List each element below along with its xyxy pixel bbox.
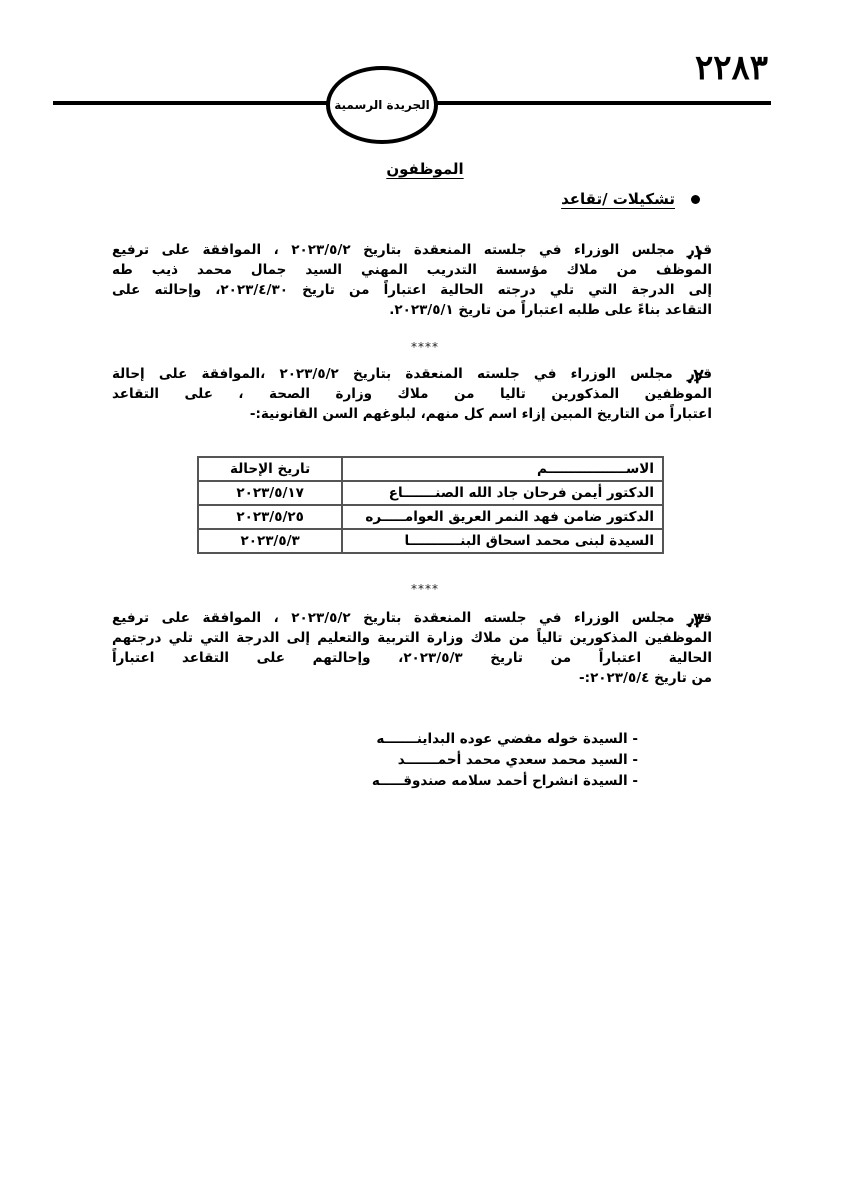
bullet-icon [691,195,700,204]
cell-name: الدكتور ضامن فهد النمر العريق العوامــــ… [342,505,663,529]
list-item: السيدة انشراح أحمد سلامه صندوقـــــه [372,771,638,792]
paragraph-line: التقاعد بناءً على طلبه اعتباراً من تاريخ… [112,300,712,320]
paragraph-line: الموظفين المذكورين تالياً من ملاك وزارة … [112,628,712,648]
decision-paragraph: قرر مجلس الوزراء في جلسته المنعقدة بتاري… [112,240,712,320]
cell-date: ٢٠٢٣/٥/٣ [198,529,342,553]
paragraph-line: الموظفين المذكورين تاليا من ملاك وزارة ا… [112,384,712,404]
decision-paragraph: قرر مجلس الوزراء في جلسته المنعقدة بتاري… [112,608,712,688]
retirement-table: الاســـــــــــــــــم تاريخ الإحالة الد… [197,456,664,554]
table-row: السيدة لبنى محمد اسحاق البنـــــــــــا … [198,529,663,553]
paragraph-line: قرر مجلس الوزراء في جلسته المنعقدة بتاري… [112,364,712,384]
table-row: الدكتور أيمن فرحان جاد الله الصنـــــــا… [198,481,663,505]
page-number: ٢٢٨٣ [695,48,768,88]
publication-name-oval: الجريدة الرسمية [326,66,438,144]
cell-date: ٢٠٢٣/٥/١٧ [198,481,342,505]
column-header-name: الاســـــــــــــــــم [342,457,663,481]
cell-name: الدكتور أيمن فرحان جاد الله الصنـــــــا… [342,481,663,505]
subheading: تشكيلات /تقاعد [561,190,700,208]
paragraph-line: قرر مجلس الوزراء في جلسته المنعقدة بتاري… [112,240,712,260]
list-item: السيد محمد سعدي محمد أحمـــــــد [372,750,638,771]
cell-date: ٢٠٢٣/٥/٢٥ [198,505,342,529]
cell-name: السيدة لبنى محمد اسحاق البنـــــــــــا [342,529,663,553]
list-item: السيدة خوله مفضي عوده البداينـــــــه [372,729,638,750]
publication-name: الجريدة الرسمية [334,98,430,112]
paragraph-line: الحالية اعتباراً من تاريخ ٢٠٢٣/٥/٣، وإحا… [112,648,712,668]
paragraph-line: اعتباراً من التاريخ المبين إزاء اسم كل م… [112,404,712,424]
separator-stars: **** [0,582,850,596]
decision-paragraph: قرر مجلس الوزراء في جلسته المنعقدة بتاري… [112,364,712,424]
paragraph-line: من تاريخ ٢٠٢٣/٥/٤:- [112,668,712,688]
table-row: الدكتور ضامن فهد النمر العريق العوامــــ… [198,505,663,529]
table-header-row: الاســـــــــــــــــم تاريخ الإحالة [198,457,663,481]
section-title: الموظفون [300,160,550,178]
paragraph-line: قرر مجلس الوزراء في جلسته المنعقدة بتاري… [112,608,712,628]
employee-names-list: السيدة خوله مفضي عوده البداينـــــــه ال… [372,729,638,792]
paragraph-line: إلى الدرجة التي تلي درجته الحالية اعتبار… [112,280,712,300]
separator-stars: **** [0,340,850,354]
subheading-text: تشكيلات /تقاعد [561,190,675,208]
paragraph-line: الموظف من ملاك مؤسسة التدريب المهني السي… [112,260,712,280]
column-header-date: تاريخ الإحالة [198,457,342,481]
